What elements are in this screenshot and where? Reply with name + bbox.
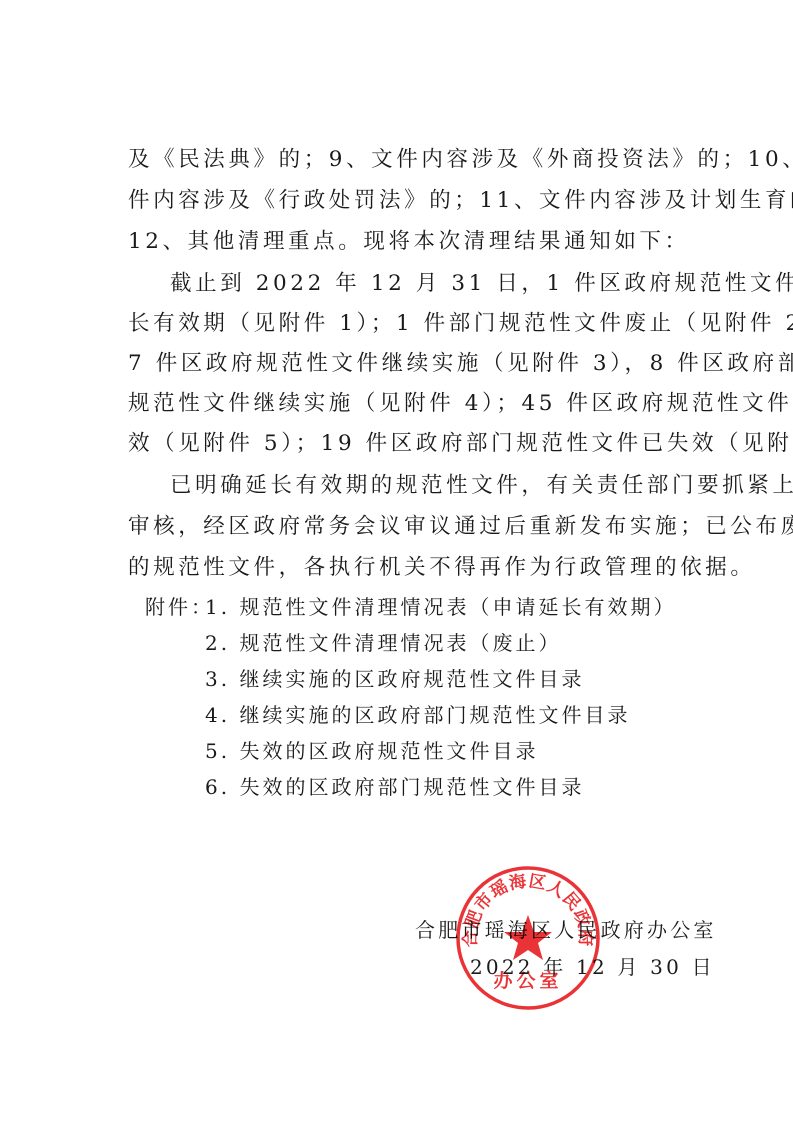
text-line: 规范性文件继续实施（见附件 4）；45 件区政府规范性文件已失 <box>128 390 793 418</box>
text-line: 的规范性文件，各执行机关不得再作为行政管理的依据。 <box>128 554 756 582</box>
text-line: 审核，经区政府常务会议审议通过后重新发布实施；已公布废止 <box>128 513 793 541</box>
text-line: 及《民法典》的；9、文件内容涉及《外商投资法》的；10、文 <box>128 146 793 174</box>
attachment-item: 4. 继续实施的区政府部门规范性文件目录 <box>205 701 630 729</box>
attachment-item: 2. 规范性文件清理情况表（废止） <box>205 629 561 657</box>
text-line: 效（见附件 5）；19 件区政府部门规范性文件已失效（见附件 6）。 <box>128 430 793 458</box>
official-seal-icon: 合肥市瑶海区人民政府 办公室 <box>455 865 601 1011</box>
star-icon <box>504 915 552 960</box>
attachments-label: 附件： <box>145 593 214 621</box>
text-line: 7 件区政府规范性文件继续实施（见附件 3），8 件区政府部门 <box>128 350 793 378</box>
text-line: 截止到 2022 年 12 月 31 日，1 件区政府规范性文件申请延 <box>170 270 793 298</box>
attachment-item: 6. 失效的区政府部门规范性文件目录 <box>205 773 584 801</box>
text-line: 12、其他清理重点。现将本次清理结果通知如下： <box>128 228 690 256</box>
text-line: 件内容涉及《行政处罚法》的；11、文件内容涉及计划生育的； <box>128 187 793 215</box>
text-line: 已明确延长有效期的规范性文件，有关责任部门要抓紧上报 <box>170 472 793 500</box>
attachment-item: 3. 继续实施的区政府规范性文件目录 <box>205 665 584 693</box>
seal-bottom-text: 办公室 <box>493 969 562 992</box>
text-line: 长有效期（见附件 1）；1 件部门规范性文件废止（见附件 2）， <box>128 310 793 338</box>
attachment-item: 5. 失效的区政府规范性文件目录 <box>205 737 538 765</box>
attachment-item: 1. 规范性文件清理情况表（申请延长有效期） <box>205 593 676 621</box>
